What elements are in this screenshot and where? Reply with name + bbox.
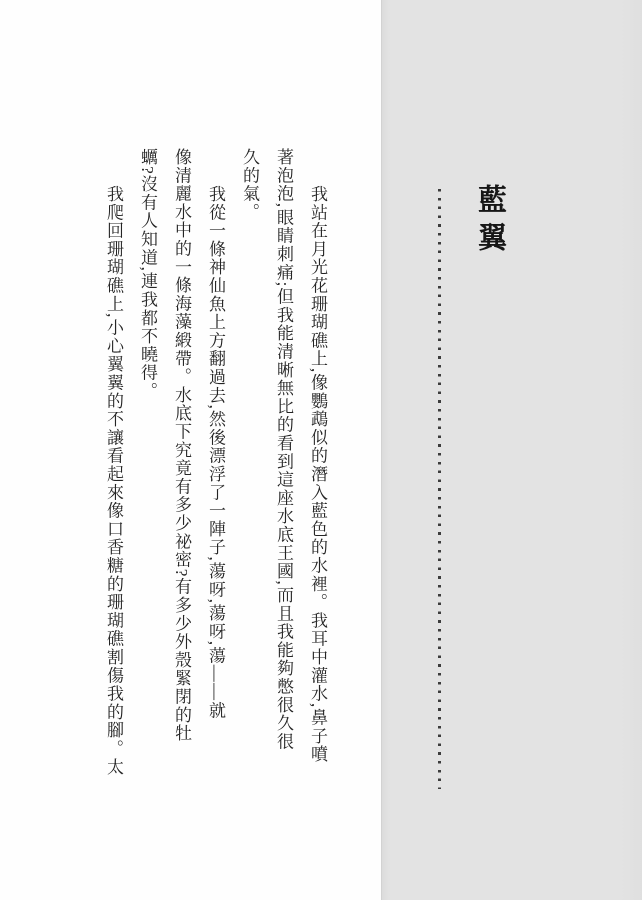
story-text: 我站在月光花珊瑚礁上,像鸚鵡似的潛入藍色的水裡。我耳中灌水,鼻子噴著泡泡,眼睛刺…	[88, 148, 334, 794]
text-column-p2-l1: 我從一條神仙魚上方翻過去,然後漂浮了一陣子,蕩呀,蕩呀,蕩——就	[198, 148, 232, 794]
title-panel	[381, 0, 642, 900]
text-column-p2-l2: 像清麗水中的一條海藻緞帶。水底下究竟有多少祕密?有多少外殼緊閉的牡	[164, 148, 198, 794]
text-column-p1-l1: 我站在月光花珊瑚礁上,像鸚鵡似的潛入藍色的水裡。我耳中灌水,鼻子噴	[300, 148, 334, 794]
book-page: 藍翼 我站在月光花珊瑚礁上,像鸚鵡似的潛入藍色的水裡。我耳中灌水,鼻子噴著泡泡,…	[0, 0, 642, 900]
dotted-divider	[438, 189, 441, 789]
text-column-p3-l1: 我爬回珊瑚礁上,小心翼翼的不讓看起來像口香糖的珊瑚礁割傷我的腳。太	[96, 148, 130, 794]
chapter-title: 藍翼	[470, 184, 511, 260]
text-column-p1-l2: 著泡泡,眼睛刺痛;但我能清晰無比的看到這座水底王國,而且我能夠憋很久很	[266, 148, 300, 794]
text-column-p2-l3: 蠣?沒有人知道,連我都不曉得。	[130, 148, 164, 794]
text-column-p1-l3: 久的氣。	[232, 148, 266, 794]
